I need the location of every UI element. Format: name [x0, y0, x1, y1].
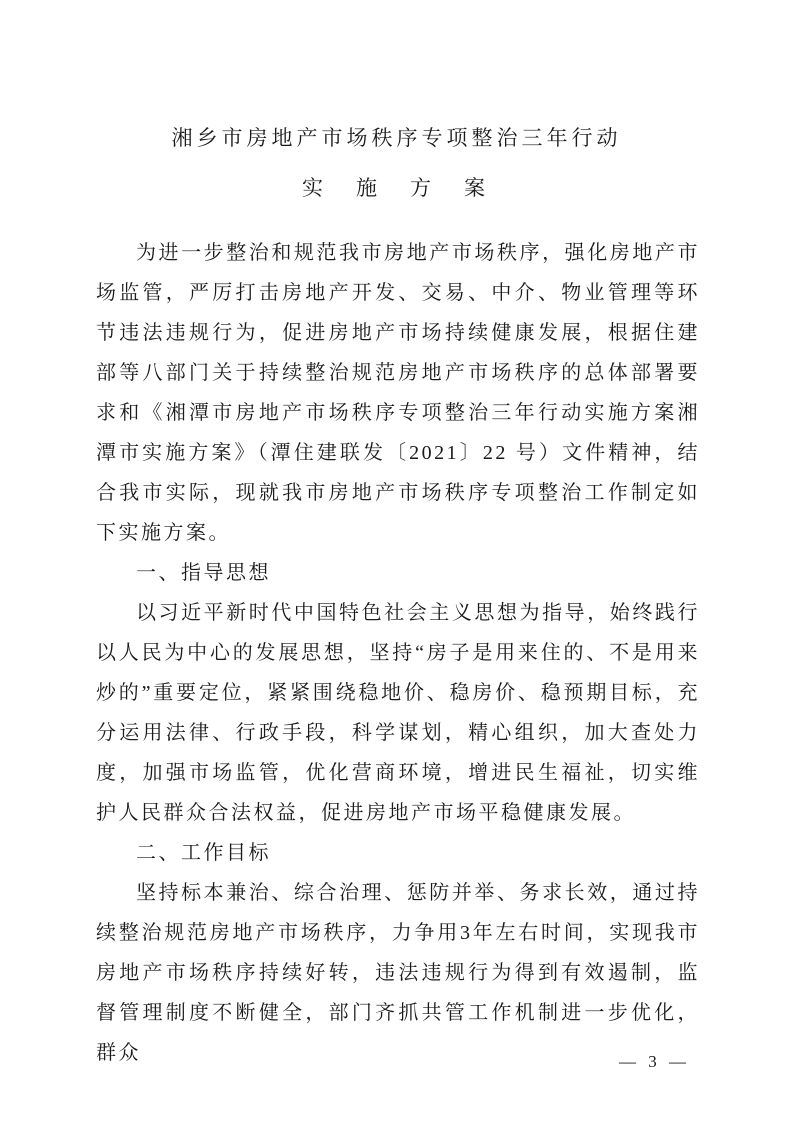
page-number: — 3 —: [619, 1052, 690, 1072]
section-heading-work-goals: 二、工作目标: [96, 833, 700, 873]
document-page: 湘乡市房地产市场秩序专项整治三年行动 实 施 方 案 为进一步整治和规范我市房地…: [0, 0, 793, 1122]
paragraph-intro: 为进一步整治和规范我市房地产市场秩序，强化房地产市场监管，严厉打击房地产开发、交…: [96, 233, 700, 553]
document-subtitle: 实 施 方 案: [96, 168, 697, 208]
section-heading-guiding-ideology: 一、指导思想: [96, 553, 700, 593]
document-body: 为进一步整治和规范我市房地产市场秩序，强化房地产市场监管，严厉打击房地产开发、交…: [96, 233, 700, 1073]
document-title: 湘乡市房地产市场秩序专项整治三年行动: [96, 118, 697, 158]
paragraph-guiding-ideology: 以习近平新时代中国特色社会主义思想为指导，始终践行以人民为中心的发展思想，坚持“…: [96, 593, 700, 833]
paragraph-work-goals: 坚持标本兼治、综合治理、惩防并举、务求长效，通过持续整治规范房地产市场秩序，力争…: [96, 873, 700, 1073]
